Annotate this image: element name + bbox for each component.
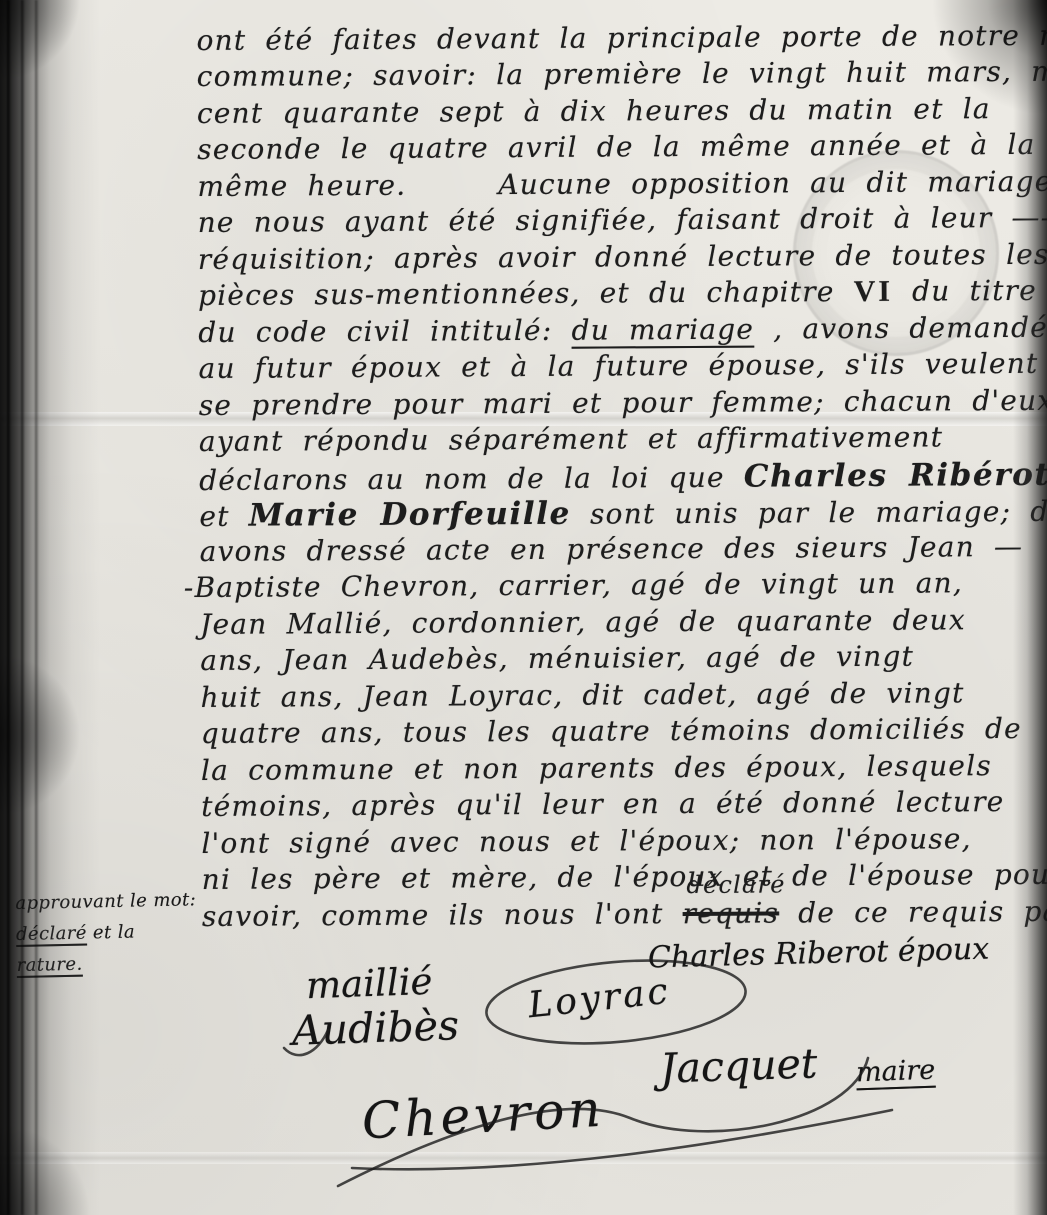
signature-audibes: Audibès [291, 1001, 460, 1055]
text-segment: ni les père et mère, de l'époux et de l'… [202, 857, 1047, 896]
text-line: déclarons au nom de la loi que Charles R… [199, 457, 1047, 498]
text-segment: et [199, 500, 249, 533]
chapter-numeral: VI [854, 275, 894, 308]
text-segment: au futur époux et à la future épouse, s'… [198, 347, 1047, 385]
text-line: l'ont signé avec nous et l'époux; non l'… [201, 822, 971, 860]
text-line: quatre ans, tous les quatre témoins domi… [201, 712, 1022, 750]
text-segment: se prendre pour mari et pour femme; chac… [199, 384, 1047, 422]
struck-out-word: requis [683, 896, 780, 930]
text-line: -Baptiste Chevron, carrier, agé de vingt… [184, 566, 963, 604]
text-line: ne nous ayant été signifiée, faisant dro… [198, 201, 1047, 239]
text-segment: ne nous ayant été signifiée, faisant dro… [198, 201, 1047, 239]
text-segment: l'ont signé avec nous et l'époux; non l'… [201, 822, 971, 860]
signature-maire-title: maire [855, 1055, 935, 1089]
text-segment: ans, Jean Audebès, ménuisier, agé de vin… [200, 640, 914, 677]
correction-group: déclarérequis [683, 896, 780, 930]
text-line: ayant répondu séparément et affirmativem… [199, 420, 943, 458]
text-segment: huit ans, Jean Loyrac, dit cadet, agé de… [200, 676, 964, 714]
text-segment: pièces sus-mentionnées, et du chapitre [198, 275, 854, 312]
page-corner-shadow [897, 0, 1047, 190]
binding-streaks-left [0, 0, 46, 1215]
text-line: pièces sus-mentionnées, et du chapitre V… [198, 274, 1037, 313]
text-segment: -Baptiste Chevron, carrier, agé de vingt… [184, 566, 963, 604]
text-line: avons dressé acte en présence des sieurs… [200, 530, 1024, 568]
text-line: la commune et non parents des époux, les… [201, 749, 992, 787]
text-segment: cent quarante sept à dix heures du matin… [197, 92, 991, 130]
text-segment: réquisition; après avoir donné lecture d… [198, 238, 1047, 276]
text-line: cent quarante sept à dix heures du matin… [197, 92, 991, 130]
text-line: et Marie Dorfeuille sont unis par le mar… [199, 492, 1047, 534]
bride-name: Marie Dorfeuille [249, 496, 571, 534]
text-segment: quatre ans, tous les quatre témoins domi… [201, 712, 1022, 750]
text-segment: témoins, après qu'il leur en a été donné… [201, 785, 1004, 823]
text-line: témoins, après qu'il leur en a été donné… [201, 785, 1004, 823]
text-segment: savoir, comme ils nous l'ont [202, 897, 683, 933]
text-line: du code civil intitulé: du mariage , avo… [198, 311, 1047, 349]
text-line: savoir, comme ils nous l'ont déclarérequ… [202, 894, 1047, 933]
scanned-marriage-record-page: ont été faites devant la principale port… [0, 0, 1047, 1215]
text-line: ni les père et mère, de l'époux et de l'… [202, 857, 1047, 896]
text-segment: , avons demandé [754, 311, 1047, 346]
text-segment: ayant répondu séparément et affirmativem… [199, 420, 943, 458]
text-line: réquisition; après avoir donné lecture d… [198, 238, 1047, 276]
underlined-title: du mariage [571, 313, 754, 347]
text-segment: Jean Mallié, cordonnier, agé de quarante… [200, 603, 966, 641]
text-segment: déclarons au nom de la loi que [199, 461, 744, 497]
signature-jacquet-mayor: Jacquet [659, 1039, 818, 1092]
text-line: au futur époux et à la future épouse, s'… [198, 347, 1047, 385]
text-line: se prendre pour mari et pour femme; chac… [199, 384, 1047, 422]
body-text: ont été faites devant la principale port… [0, 0, 1047, 1215]
text-segment: du code civil intitulé: [198, 314, 571, 349]
text-line: huit ans, Jean Loyrac, dit cadet, agé de… [200, 676, 964, 714]
text-segment: de ce requis par nous. [779, 894, 1047, 929]
text-segment: même heure. [197, 169, 406, 203]
signature-mallie: maillié [305, 960, 433, 1007]
inserted-word: déclaré [686, 870, 785, 899]
text-line: Jean Mallié, cordonnier, agé de quarante… [200, 603, 966, 641]
text-line: ans, Jean Audebès, ménuisier, agé de vin… [200, 640, 914, 677]
groom-name: Charles Ribérot [744, 457, 1047, 495]
text-segment: avons dressé acte en présence des sieurs… [200, 530, 1024, 568]
text-gap [406, 194, 498, 195]
text-segment: la commune et non parents des époux, les… [201, 749, 992, 787]
text-segment: sont unis par le mariage; de quoi [571, 494, 1047, 531]
